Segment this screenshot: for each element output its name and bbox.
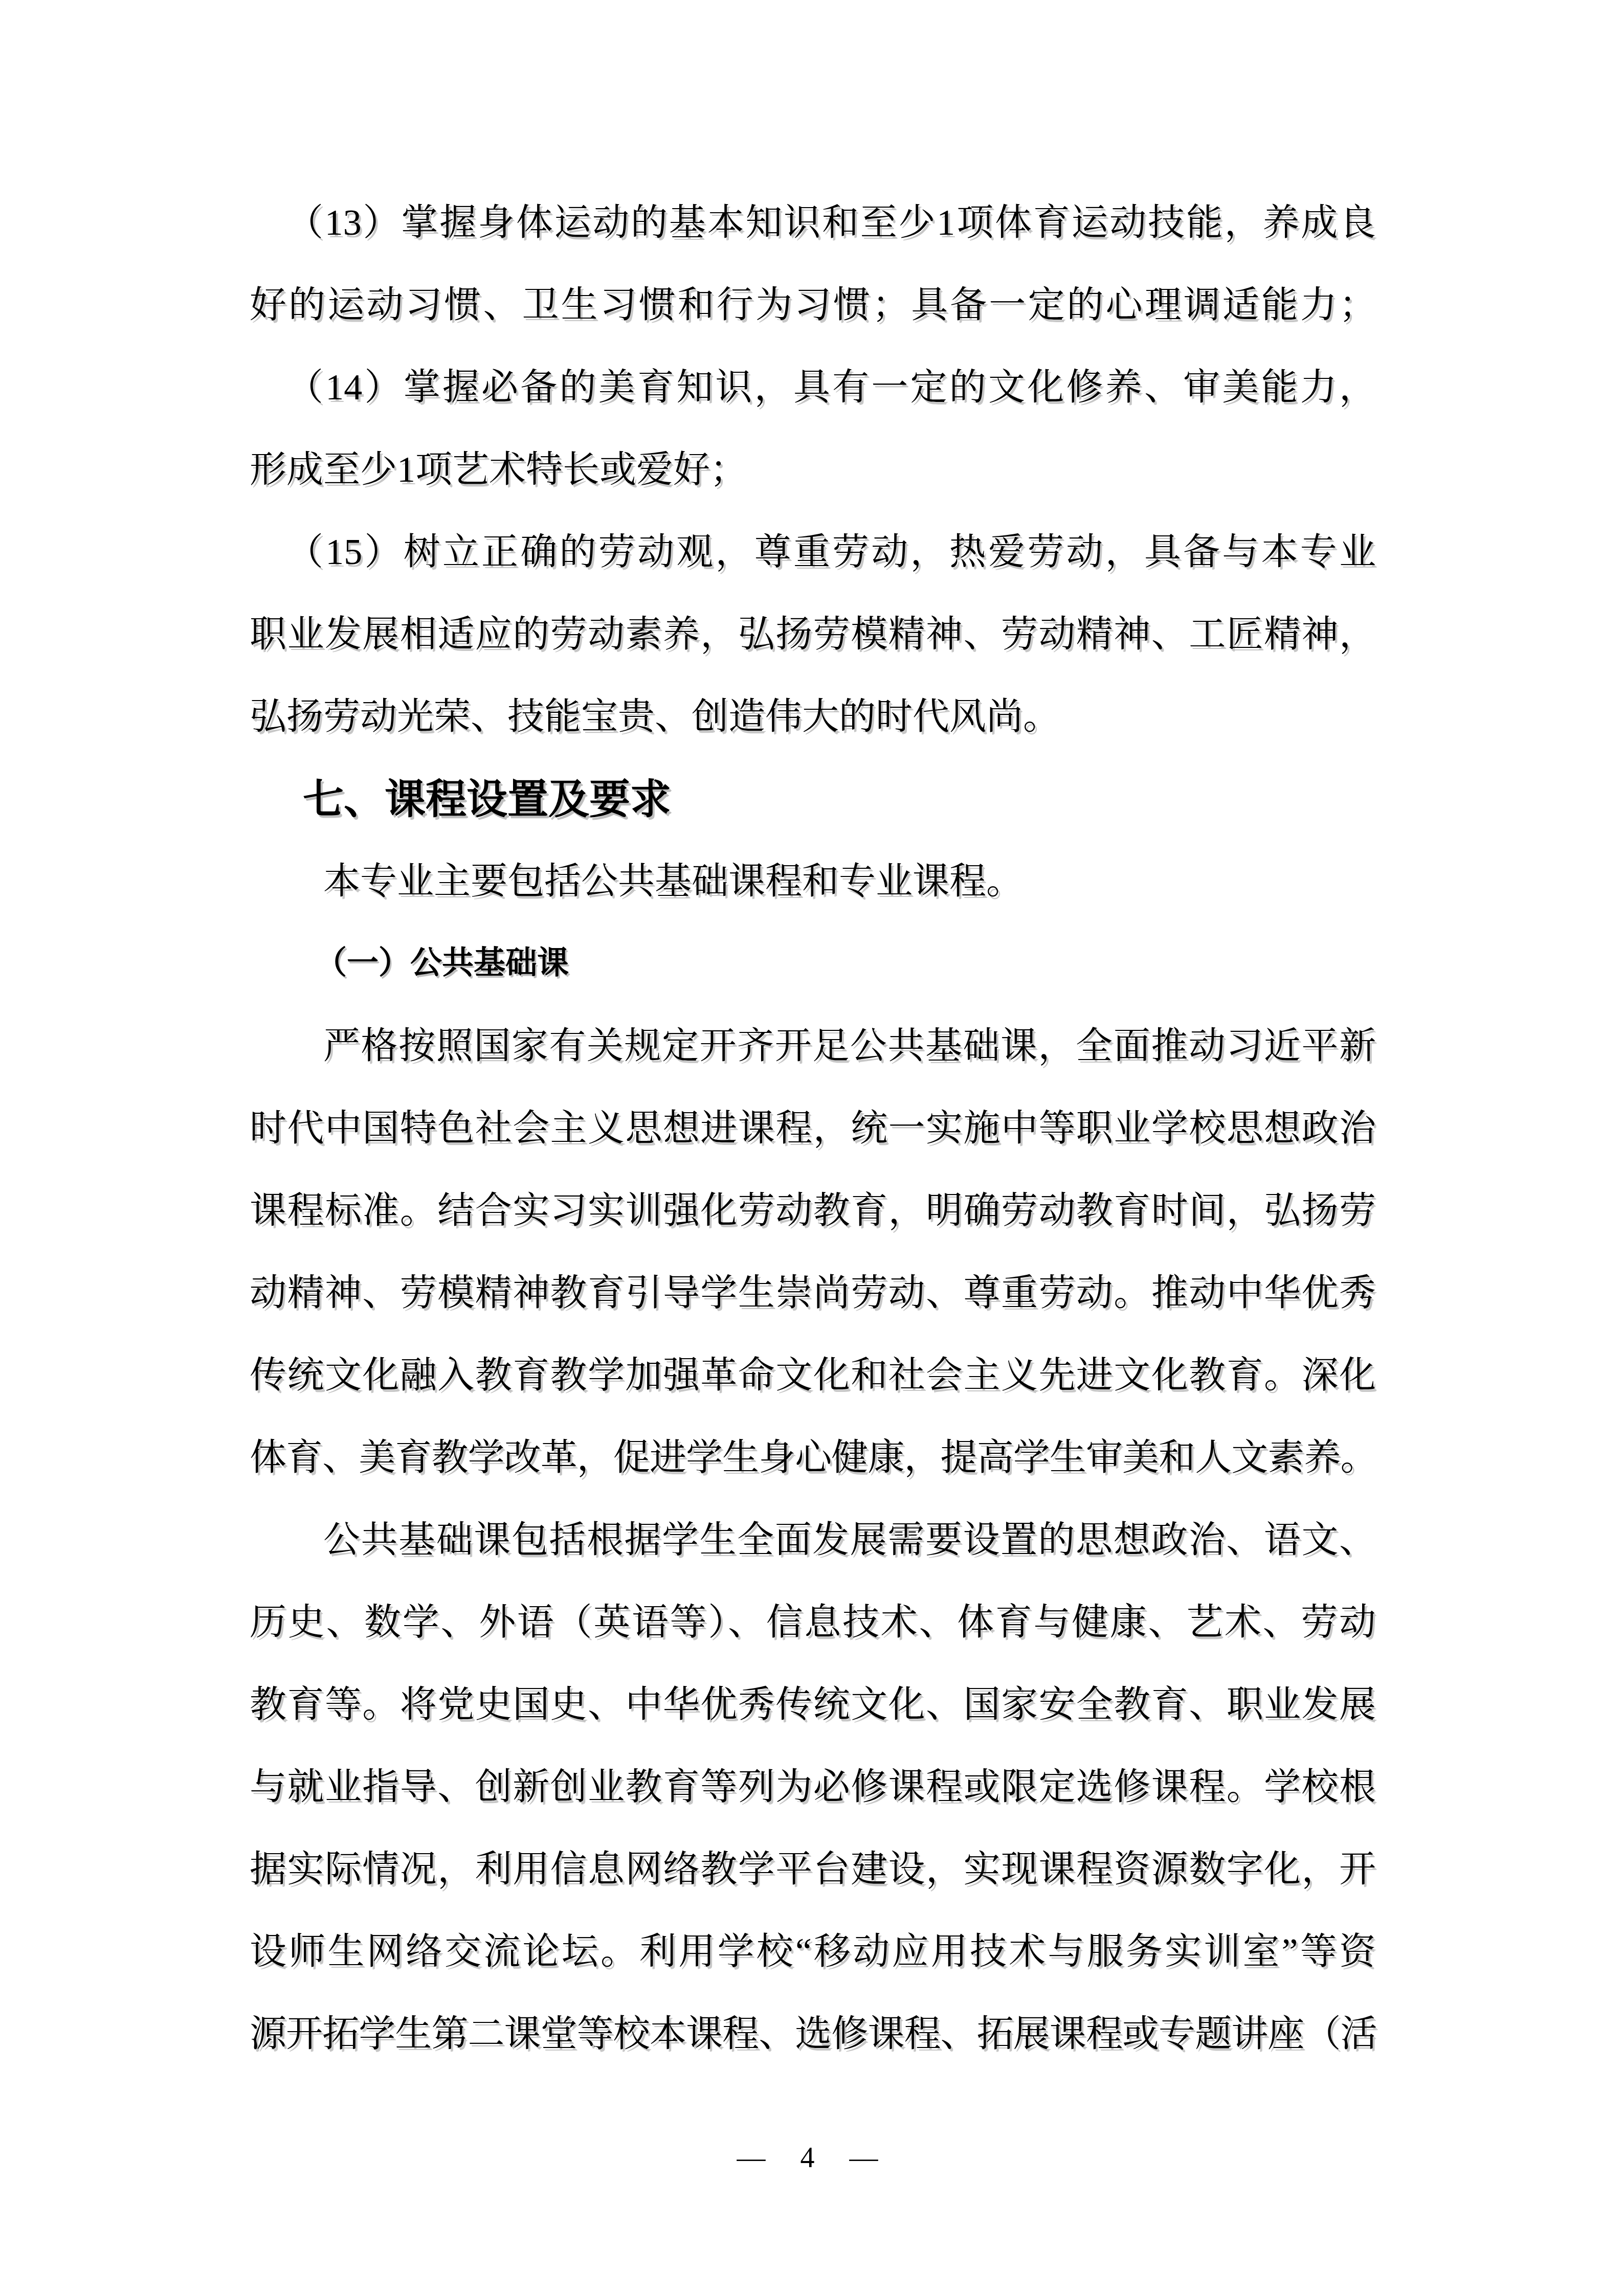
subsection-heading: （一）公共基础课 (250, 922, 1376, 1005)
document-body: （13）掌握身体运动的基本知识和至少1项体育运动技能，养成良好的运动习惯、卫生习… (250, 182, 1376, 2075)
text-line: 时代中国特色社会主义思想进课程，统一实施中等职业学校思想政治 (250, 1087, 1376, 1169)
page-footer: — 4 — (0, 2117, 1624, 2199)
text-line: 教育等。将党史国史、中华优秀传统文化、国家安全教育、职业发展 (250, 1663, 1376, 1746)
text-line: 动精神、劳模精神教育引导学生崇尚劳动、尊重劳动。推动中华优秀 (250, 1252, 1376, 1334)
text-line: 职业发展相适应的劳动素养，弘扬劳模精神、劳动精神、工匠精神， (250, 593, 1376, 676)
section-heading: 七、课程设置及要求 (250, 758, 1376, 840)
text-line: 弘扬劳动光荣、技能宝贵、创造伟大的时代风尚。 (250, 676, 1376, 758)
text-line: 传统文化融入教育教学加强革命文化和社会主义先进文化教育。深化 (250, 1334, 1376, 1416)
text-line: 设师生网络交流论坛。利用学校“移动应用技术与服务实训室”等资 (250, 1910, 1376, 1993)
text-line: 形成至少1项艺术特长或爱好； (250, 429, 1376, 511)
text-line: 严格按照国家有关规定开齐开足公共基础课，全面推动习近平新 (250, 1005, 1376, 1087)
text-line: 历史、数学、外语（英语等）、信息技术、体育与健康、艺术、劳动 (250, 1581, 1376, 1663)
text-line: （13）掌握身体运动的基本知识和至少1项体育运动技能，养成良 (250, 182, 1376, 264)
page-number: — 4 — (737, 2142, 887, 2174)
text-line: 与就业指导、创新创业教育等列为必修课程或限定选修课程。学校根 (250, 1746, 1376, 1828)
text-line: 公共基础课包括根据学生全面发展需要设置的思想政治、语文、 (250, 1499, 1376, 1581)
text-line: 好的运动习惯、卫生习惯和行为习惯；具备一定的心理调适能力； (250, 264, 1376, 346)
text-line: 本专业主要包括公共基础课程和专业课程。 (250, 840, 1376, 922)
text-line: 课程标准。结合实习实训强化劳动教育，明确劳动教育时间，弘扬劳 (250, 1169, 1376, 1252)
text-line: 源开拓学生第二课堂等校本课程、选修课程、拓展课程或专题讲座（活 (250, 1993, 1376, 2075)
document-page: （13）掌握身体运动的基本知识和至少1项体育运动技能，养成良好的运动习惯、卫生习… (0, 0, 1624, 2296)
text-line: 据实际情况，利用信息网络教学平台建设，实现课程资源数字化，开 (250, 1828, 1376, 1910)
text-line: （14）掌握必备的美育知识，具有一定的文化修养、审美能力， (250, 346, 1376, 429)
text-line: 体育、美育教学改革，促进学生身心健康，提高学生审美和人文素养。 (250, 1416, 1376, 1499)
text-line: （15）树立正确的劳动观，尊重劳动，热爱劳动，具备与本专业 (250, 511, 1376, 593)
